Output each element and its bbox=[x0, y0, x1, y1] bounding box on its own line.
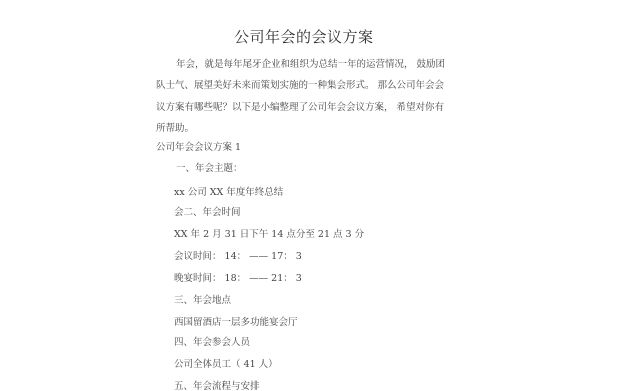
item-attendees-value: 公司全体员工（ 41 人） bbox=[174, 356, 278, 370]
item-theme-value: xx 公司 XX 年度年终总结 bbox=[174, 184, 283, 198]
item-venue-value: 西国留酒店一层多功能宴会厅 bbox=[174, 314, 298, 328]
intro-line-3: 议方案有哪些呢？以下是小编整理了公司年会会议方案， 希望对你有 bbox=[156, 99, 444, 113]
item-theme-heading: 一、年会主题： bbox=[176, 160, 243, 174]
item-venue-heading: 三、年会地点 bbox=[174, 292, 231, 306]
intro-line-4: 所帮助。 bbox=[156, 120, 194, 134]
intro-line-1: 年会，就是每年尾牙企业和组织为总结一年的运营情况， 鼓励团 bbox=[176, 56, 445, 70]
intro-line-2: 队士气、展望美好未来而策划实施的一种集会形式。 那么公司年会会 bbox=[156, 77, 444, 91]
document-title: 公司年会的会议方案 bbox=[234, 26, 374, 47]
item-attendees-heading: 四、年会参会人员 bbox=[174, 334, 250, 348]
item-dinner-time: 晚宴时间： 18： —— 21： 3 bbox=[174, 270, 302, 284]
item-time-heading: 会二、年会时间 bbox=[174, 204, 241, 218]
item-meeting-time: 会议时间： 14： —— 17： 3 bbox=[174, 248, 302, 262]
document-page: 公司年会的会议方案 年会，就是每年尾牙企业和组织为总结一年的运营情况， 鼓励团 … bbox=[0, 0, 631, 391]
item-time-value: XX 年 2 月 31 日下午 14 点分至 21 点 3 分 bbox=[174, 226, 364, 240]
section-heading: 公司年会会议方案 1 bbox=[156, 139, 241, 153]
item-agenda-heading: 五、年会流程与安排 bbox=[174, 378, 260, 391]
